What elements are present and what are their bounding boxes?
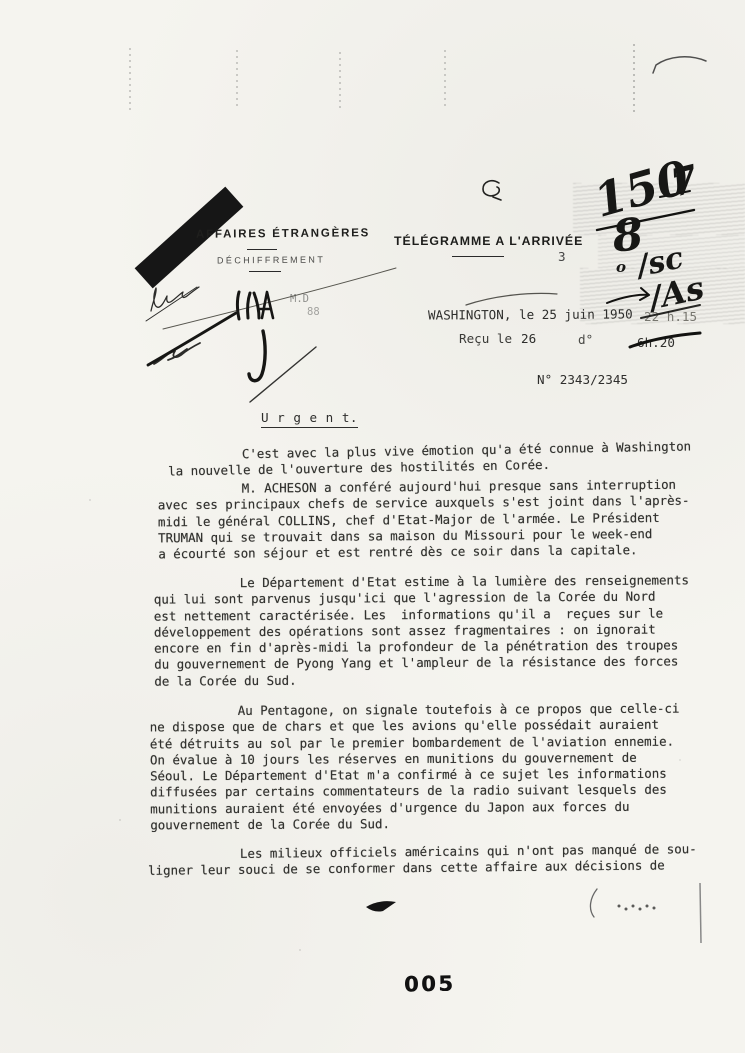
signature-underline [146, 287, 197, 321]
body-line: gouvernement de la Corée du Sud. [150, 815, 680, 834]
paragraph: C'est avec la plus vive émotion qu'a été… [168, 438, 692, 480]
body-line: a écourté son séjour et est rentré dès c… [158, 542, 690, 563]
scribble-word [154, 343, 200, 364]
scan-dotted-column [444, 50, 446, 110]
bold-j-stroke [249, 331, 265, 381]
body-line: munitions auraient été envoyées d'urgenc… [150, 798, 680, 817]
received-time: 6h.20 [637, 335, 675, 350]
received-label: Reçu le [459, 331, 512, 346]
scan-dotted-column [339, 52, 341, 108]
thin-diagonal-line [163, 268, 396, 329]
speckle [119, 819, 121, 821]
scan-dotted-column [129, 48, 131, 110]
bold-mark [260, 292, 273, 318]
separator-arrow-mark [366, 901, 396, 911]
page-edge-line [700, 883, 701, 943]
pen-arc [653, 57, 706, 73]
received-ditto-mark: d° [578, 332, 593, 347]
speckle [299, 949, 301, 951]
handwritten-g-mark [483, 181, 501, 200]
pen-arc [466, 293, 557, 305]
ministry-label: AFFAIRES ÉTRANGÈRES [196, 227, 370, 241]
dot-mark [618, 905, 621, 908]
paragraph: M. ACHESON a conféré aujourd'hui presque… [158, 477, 690, 563]
dot-mark [632, 905, 635, 908]
faint-number: 88 [307, 306, 320, 318]
faint-initials: M.D [290, 293, 309, 305]
document-type-title: TÉLÉGRAMME A L'ARRIVÉE [394, 234, 583, 248]
scan-dotted-column [236, 50, 238, 108]
page-number-stamp: 005 [404, 972, 456, 997]
paragraph: Au Pentagone, on signale toutefois à ce … [150, 701, 680, 834]
title-underline [452, 256, 504, 257]
handwritten-small-loop: o [616, 258, 626, 276]
heavy-scribble-stroke [148, 313, 236, 365]
bold-mark [248, 293, 250, 318]
body-line: du gouvernement de Pyong Yang et l'ample… [154, 654, 689, 674]
bold-mark [238, 292, 240, 319]
paragraph: Les milieux officiels américains qui n'o… [148, 841, 697, 879]
speckle [89, 499, 91, 501]
telegram-number: N° 2343/2345 [537, 372, 628, 387]
body-line: de la Corée du Sud. [154, 670, 689, 690]
bold-mark [254, 293, 259, 318]
dot-mark [639, 908, 642, 911]
service-label: DÉCHIFFREMENT [217, 255, 325, 266]
thin-diagonal-line [250, 347, 316, 402]
paragraph: Le Département d'Etat estime à la lumièr… [154, 572, 690, 689]
scan-dotted-column [633, 44, 635, 114]
signature-scribble [151, 287, 199, 311]
priority-label: U r g e n t. [261, 410, 358, 428]
dot-mark [625, 908, 628, 911]
origin-city-date: WASHINGTON, le 25 juin 1950 [428, 306, 633, 322]
curve-bracket-mark [590, 889, 597, 917]
service-underline [249, 271, 281, 272]
received-day: 26 [521, 331, 536, 346]
copy-number: 3 [558, 249, 566, 264]
dot-mark [653, 907, 656, 910]
dot-mark [646, 905, 649, 908]
telegram-page: AFFAIRES ÉTRANGÈRES DÉCHIFFREMENT TÉLÉGR… [0, 0, 745, 1053]
ministry-underline [247, 249, 277, 250]
